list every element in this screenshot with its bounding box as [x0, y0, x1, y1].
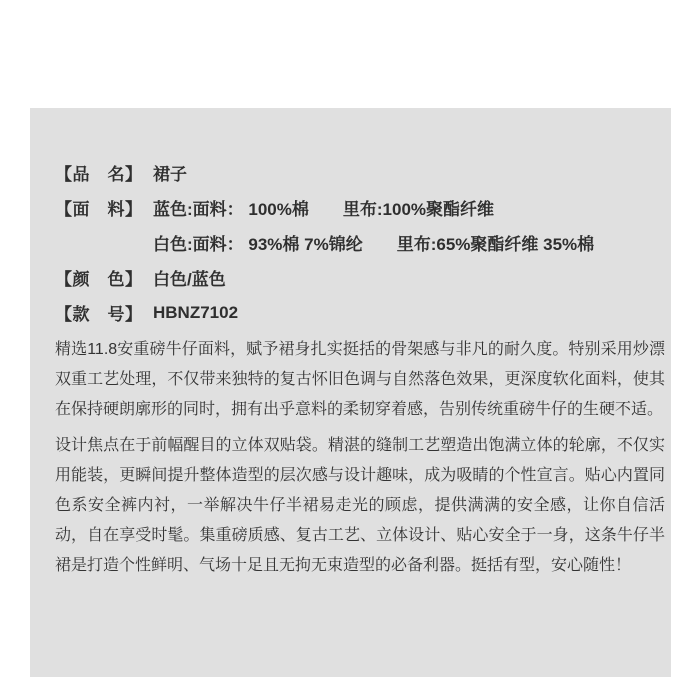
spec-value-fabric-white: 白色:面料： 93%棉 7%锦纶 里布:65%聚酯纤维 35%棉 — [153, 230, 594, 255]
description-paragraph-design: 设计焦点在于前幅醒目的立体双贴袋。精湛的缝制工艺塑造出饱满立体的轮廓，不仅实用能… — [55, 431, 665, 581]
spec-value-color: 白色/蓝色 — [153, 265, 226, 290]
product-description-panel: 【品 名】 裙子 【面 料】 蓝色:面料： 100%棉 里布:100%聚酯纤维 … — [30, 108, 671, 677]
spec-row-fabric-white: 白色:面料： 93%棉 7%锦纶 里布:65%聚酯纤维 35%棉 — [55, 225, 665, 260]
fabric-blue-main: 蓝色:面料： 100%棉 — [153, 195, 309, 220]
spec-label-color: 【颜 色】 — [55, 265, 153, 290]
spec-value-fabric-blue: 蓝色:面料： 100%棉 里布:100%聚酯纤维 — [153, 195, 494, 220]
spec-row-product-name: 【品 名】 裙子 — [55, 155, 665, 190]
spec-label-fabric: 【面 料】 — [55, 195, 153, 220]
spec-value-product-name: 裙子 — [153, 160, 187, 185]
fabric-white-main: 白色:面料： 93%棉 7%锦纶 — [153, 230, 363, 255]
spec-label-style-number: 【款 号】 — [55, 300, 153, 325]
spec-row-fabric-blue: 【面 料】 蓝色:面料： 100%棉 里布:100%聚酯纤维 — [55, 190, 665, 225]
spec-row-style-number: 【款 号】 HBNZ7102 — [55, 295, 665, 330]
description-paragraph-fabric: 精选11.8安重磅牛仔面料，赋予裙身扎实挺括的骨架感与非凡的耐久度。特别采用炒漂… — [55, 335, 665, 425]
product-description: 精选11.8安重磅牛仔面料，赋予裙身扎实挺括的骨架感与非凡的耐久度。特别采用炒漂… — [55, 335, 665, 581]
spec-row-color: 【颜 色】 白色/蓝色 — [55, 260, 665, 295]
fabric-white-lining: 里布:65%聚酯纤维 35%棉 — [397, 230, 594, 255]
spec-value-style-number: HBNZ7102 — [153, 303, 238, 323]
fabric-blue-lining: 里布:100%聚酯纤维 — [343, 195, 494, 220]
spec-label-product-name: 【品 名】 — [55, 160, 153, 185]
